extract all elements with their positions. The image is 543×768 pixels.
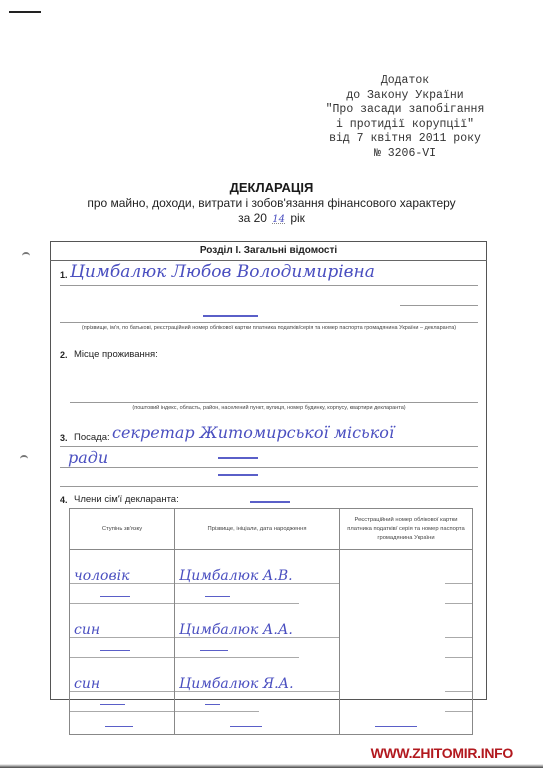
- column-header-relation: Ступінь зв'язку: [70, 509, 175, 550]
- name-cell[interactable]: [175, 692, 340, 712]
- item3-number: 3.: [60, 433, 68, 443]
- blank-dash: [203, 315, 258, 317]
- family-members-table: Ступінь зв'язку Прізвище, ініціали, дата…: [69, 508, 473, 735]
- table-row: чоловік Цимбалюк А.В.: [70, 550, 473, 585]
- item2-label: Місце проживання:: [74, 349, 158, 360]
- name-cell[interactable]: Цимбалюк А.А.: [175, 604, 340, 638]
- blank-dash: [218, 457, 258, 459]
- relation-cell[interactable]: [70, 584, 175, 604]
- underline: [60, 446, 478, 447]
- id-cell[interactable]: [340, 692, 473, 712]
- appendix-line: Додаток: [290, 74, 520, 89]
- residence-field[interactable]: [150, 352, 470, 392]
- relation-cell[interactable]: [70, 712, 175, 735]
- scan-edge: [0, 764, 543, 768]
- appendix-line: "Про засади запобігання: [290, 103, 520, 118]
- punch-mark: [20, 455, 28, 463]
- table-row: син Цимбалюк А.А.: [70, 604, 473, 638]
- appendix-line: і протидії корупції": [290, 118, 520, 133]
- item2-number: 2.: [60, 350, 68, 360]
- year-line: за 20 14 рік: [0, 211, 543, 225]
- site-watermark: WWW.ZHITOMIR.INFO: [371, 745, 513, 761]
- document-subtitle: про майно, доходи, витрати і зобов'язанн…: [0, 196, 543, 210]
- declarant-name-field[interactable]: Цимбалюк Любов Володимирівна: [70, 262, 375, 282]
- name-cell[interactable]: [175, 712, 340, 735]
- position-field-line2[interactable]: ради: [68, 448, 108, 467]
- item4-number: 4.: [60, 495, 68, 505]
- name-cell[interactable]: Цимбалюк Я.А.: [175, 658, 340, 692]
- id-cell[interactable]: [340, 584, 473, 604]
- item4-label: Члени сім'ї декларанта:: [74, 494, 179, 505]
- id-cell[interactable]: [340, 712, 473, 735]
- column-header-name: Прізвище, ініціали, дата народження: [175, 509, 340, 550]
- blank-dash: [218, 474, 258, 476]
- appendix-note: Додаток до Закону України "Про засади за…: [290, 74, 520, 162]
- underline: [60, 322, 478, 323]
- appendix-line: від 7 квітня 2011 року: [290, 132, 520, 147]
- name-cell[interactable]: [175, 638, 340, 658]
- relation-cell[interactable]: син: [70, 604, 175, 638]
- year-suffix: рік: [290, 211, 305, 225]
- id-cell[interactable]: [340, 550, 473, 585]
- item2-caption: (поштовий індекс, область, район, населе…: [60, 405, 478, 411]
- table-row: [70, 692, 473, 712]
- appendix-line: до Закону України: [290, 89, 520, 104]
- underline: [60, 486, 478, 487]
- underline: [70, 402, 478, 403]
- blank-dash: [250, 501, 290, 503]
- name-cell[interactable]: Цимбалюк А.В.: [175, 550, 340, 585]
- id-cell[interactable]: [340, 658, 473, 692]
- item1-number: 1.: [60, 270, 68, 280]
- underline: [60, 285, 478, 286]
- table-row: [70, 712, 473, 735]
- id-cell[interactable]: [340, 604, 473, 638]
- relation-cell[interactable]: син: [70, 658, 175, 692]
- item1-caption: (прізвище, ім'я, по батькові, реєстрацій…: [55, 325, 483, 331]
- underline: [400, 305, 478, 306]
- year-handwritten: 14: [270, 214, 287, 225]
- table-row: [70, 638, 473, 658]
- relation-cell[interactable]: [70, 638, 175, 658]
- punch-mark: [22, 252, 30, 260]
- year-prefix: за 20: [238, 211, 267, 225]
- table-row: [70, 584, 473, 604]
- table-row: син Цимбалюк Я.А.: [70, 658, 473, 692]
- document-title: ДЕКЛАРАЦІЯ: [0, 180, 543, 195]
- underline: [60, 467, 478, 468]
- item3-label: Посада:: [74, 432, 110, 443]
- scan-mark: [9, 11, 41, 13]
- relation-cell[interactable]: чоловік: [70, 550, 175, 585]
- column-header-id: Реєстраційний номер облікової картки пла…: [340, 509, 473, 550]
- position-field-line1[interactable]: секретар Житомирської міської: [112, 423, 394, 442]
- section-title: Розділ І. Загальні відомості: [50, 241, 487, 261]
- name-cell[interactable]: [175, 584, 340, 604]
- relation-cell[interactable]: [70, 692, 175, 712]
- id-cell[interactable]: [340, 638, 473, 658]
- appendix-line: № 3206-VI: [290, 147, 520, 162]
